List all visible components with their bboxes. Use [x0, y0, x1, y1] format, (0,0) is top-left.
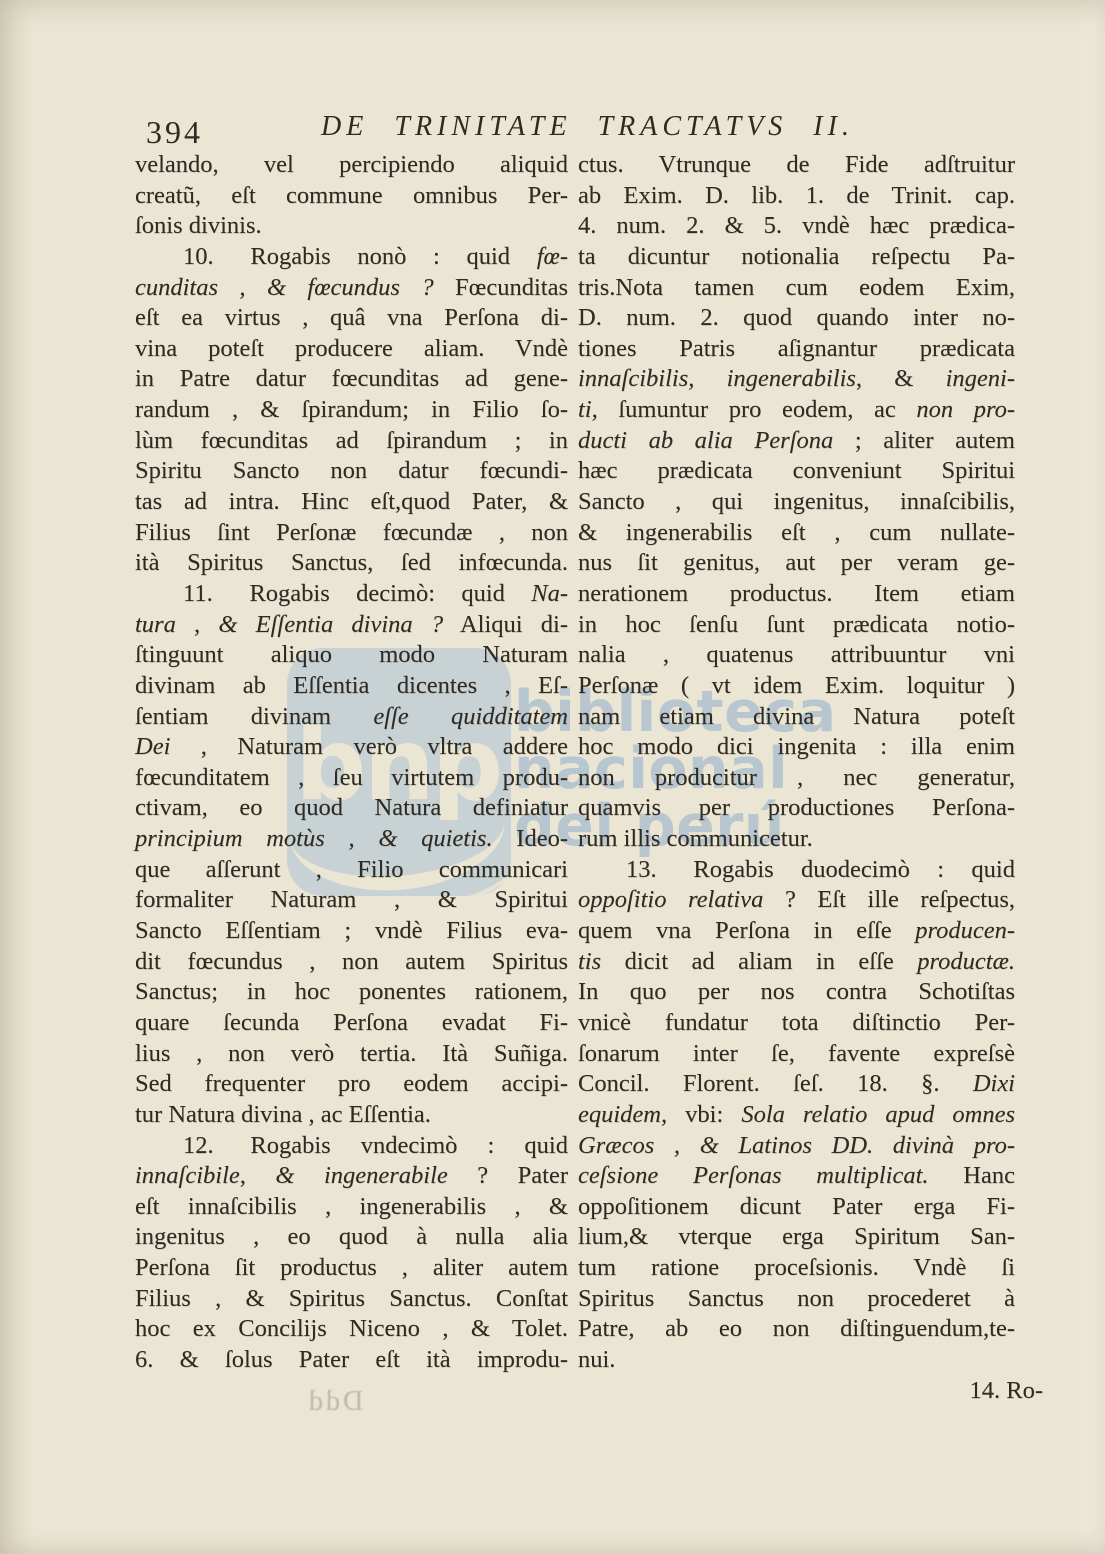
- text-line: Sanctus; in hoc ponentes rationem,: [135, 977, 568, 1008]
- text-line: ta dicuntur notionalia reſpectu Pa-: [578, 242, 1015, 273]
- text-line: 11. Rogabis decimò: quid Na-: [135, 579, 568, 610]
- text-line: ingenitus , eo quod à nulla alia: [135, 1222, 568, 1253]
- text-line: lium,& vterque erga Spiritum San-: [578, 1222, 1015, 1253]
- text-line: tris.Nota tamen cum eodem Exim,: [578, 273, 1015, 304]
- text-line: hæc prædicata conveniunt Spiritui: [578, 456, 1015, 487]
- text-line: Sed frequenter pro eodem accipi-: [135, 1069, 568, 1100]
- text-line: non producitur , nec generatur,: [578, 763, 1015, 794]
- text-line: Concil. Florent. ſeſ. 18. §. Dixi: [578, 1069, 1015, 1100]
- text-line: ti, ſumuntur pro eodem, ac non pro-: [578, 395, 1015, 426]
- text-line: In quo per nos contra Schotiſtas: [578, 977, 1015, 1008]
- text-line: hoc modo dici ingenita : illa enim: [578, 732, 1015, 763]
- text-line: cunditas , & fœcundus ? Fœcunditas: [135, 273, 568, 304]
- text-line: Filius , & Spiritus Sanctus. Conſtat: [135, 1284, 568, 1315]
- text-line: tura , & Eſſentia divina ? Aliqui di-: [135, 610, 568, 641]
- text-line: D. num. 2. quod quando inter no-: [578, 303, 1015, 334]
- text-line: Patre, ab eo non diſtinguendum,te-: [578, 1314, 1015, 1345]
- text-line: eſt innaſcibilis , ingenerabilis , &: [135, 1192, 568, 1223]
- text-line: 13. Rogabis duodecimò : quid: [578, 855, 1015, 886]
- text-line: innaſcibile, & ingenerabile ? Pater: [135, 1161, 568, 1192]
- text-line: velando, vel percipiendo aliquid: [135, 150, 568, 181]
- text-line: divinam ab Eſſentia dicentes , Eſ-: [135, 671, 568, 702]
- text-line: quamvis per productiones Perſona-: [578, 793, 1015, 824]
- text-line: ſtinguunt aliquo modo Naturam: [135, 640, 568, 671]
- text-line: Perſona ſit productus , aliter autem: [135, 1253, 568, 1284]
- text-line: 10. Rogabis nonò : quid fœ-: [135, 242, 568, 273]
- text-column-right: ctus. Vtrunque de Fide adſtruiturab Exim…: [578, 150, 1015, 1406]
- text-line: 4. num. 2. & 5. vndè hæc prædica-: [578, 211, 1015, 242]
- text-line: oppoſitio relativa ? Eſt ille reſpectus,: [578, 885, 1015, 916]
- text-line: oppoſitionem dicunt Pater erga Fi-: [578, 1192, 1015, 1223]
- text-line: randum , & ſpirandum; in Filio ſo-: [135, 395, 568, 426]
- text-line: ſonis divinis.: [135, 211, 568, 242]
- text-line: tis dicit ad aliam in eſſe productæ.: [578, 947, 1015, 978]
- scanned-book-page: bnp biblioteca nacional del perú Ddd 394…: [0, 0, 1105, 1554]
- text-line: & ingenerabilis eſt , cum nullate-: [578, 518, 1015, 549]
- text-line: ſentiam divinam eſſe quidditatem: [135, 702, 568, 733]
- text-line: creatũ, eſt commune omnibus Per-: [135, 181, 568, 212]
- text-line: principium motùs , & quietis. Ideo-: [135, 824, 568, 855]
- text-line: nerationem productus. Item etiam: [578, 579, 1015, 610]
- text-line: 6. & ſolus Pater eſt ità improdu-: [135, 1345, 568, 1376]
- text-line: lùm fœcunditas ad ſpirandum ; in: [135, 426, 568, 457]
- text-line: ctivam, eo quod Natura definiatur: [135, 793, 568, 824]
- text-line: Sancto Eſſentiam ; vndè Filius eva-: [135, 916, 568, 947]
- running-header: DE TRINITATE TRACTATVS II.: [0, 111, 1105, 143]
- text-line: ab Exim. D. lib. 1. de Trinit. cap.: [578, 181, 1015, 212]
- text-line: ducti ab alia Perſona ; aliter autem: [578, 426, 1015, 457]
- text-line: ſonarum inter ſe, favente expreſsè: [578, 1039, 1015, 1070]
- text-line: Spiritus Sanctus non procederet à: [578, 1284, 1015, 1315]
- text-line: in Patre datur fœcunditas ad gene-: [135, 364, 568, 395]
- text-line: Sancto , qui ingenitus, innaſcibilis,: [578, 487, 1015, 518]
- text-line: ità Spiritus Sanctus, ſed infœcunda.: [135, 548, 568, 579]
- text-line: quem vna Perſona in eſſe producen-: [578, 916, 1015, 947]
- text-line: tiones Patris aſignantur prædicata: [578, 334, 1015, 365]
- text-line: Perſonæ ( vt idem Exim. loquitur ): [578, 671, 1015, 702]
- text-line: tum ratione proceſsionis. Vndè ſi: [578, 1253, 1015, 1284]
- text-line: hoc ex Concilijs Niceno , & Tolet.: [135, 1314, 568, 1345]
- text-line: ctus. Vtrunque de Fide adſtruitur: [578, 150, 1015, 181]
- text-line: dit fœcundus , non autem Spiritus: [135, 947, 568, 978]
- text-line: formaliter Naturam , & Spiritui: [135, 885, 568, 916]
- text-line: ceſsione Perſonas multiplicat. Hanc: [578, 1161, 1015, 1192]
- text-line: tur Natura divina , ac Eſſentia.: [135, 1100, 568, 1131]
- text-line: Dei , Naturam verò vltra addere: [135, 732, 568, 763]
- text-line: lius , non verò tertia. Ità Suñiga.: [135, 1039, 568, 1070]
- show-through-text: Ddd: [306, 1386, 363, 1418]
- text-line: fœcunditatem , ſeu virtutem produ-: [135, 763, 568, 794]
- text-line: quare ſecunda Perſona evadat Fi-: [135, 1008, 568, 1039]
- text-line: equidem, vbi: Sola relatio apud omnes: [578, 1100, 1015, 1131]
- catchword: 14. Ro-: [578, 1376, 1043, 1407]
- text-line: 12. Rogabis vndecimò : quid: [135, 1131, 568, 1162]
- text-line: vnicè fundatur tota diſtinctio Per-: [578, 1008, 1015, 1039]
- text-line: nus ſit genitus, aut per veram ge-: [578, 548, 1015, 579]
- text-line: eſt ea virtus , quâ vna Perſona di-: [135, 303, 568, 334]
- text-line: in hoc ſenſu ſunt prædicata notio-: [578, 610, 1015, 641]
- text-column-left: velando, vel percipiendo aliquidcreatũ, …: [135, 150, 568, 1376]
- text-line: nam etiam divina Natura poteſt: [578, 702, 1015, 733]
- text-line: Filius ſint Perſonæ fœcundæ , non: [135, 518, 568, 549]
- text-line: tas ad intra. Hinc eſt,quod Pater, &: [135, 487, 568, 518]
- text-line: rum illis communicetur.: [578, 824, 1015, 855]
- text-line: que aſſerunt , Filio communicari: [135, 855, 568, 886]
- text-line: nalia , quatenus attribuuntur vni: [578, 640, 1015, 671]
- text-line: innaſcibilis, ingenerabilis, & ingeni-: [578, 364, 1015, 395]
- text-line: vina poteſt producere aliam. Vndè: [135, 334, 568, 365]
- text-line: nui.: [578, 1345, 1015, 1376]
- text-line: Spiritu Sancto non datur fœcundi-: [135, 456, 568, 487]
- text-line: Græcos , & Latinos DD. divinà pro-: [578, 1131, 1015, 1162]
